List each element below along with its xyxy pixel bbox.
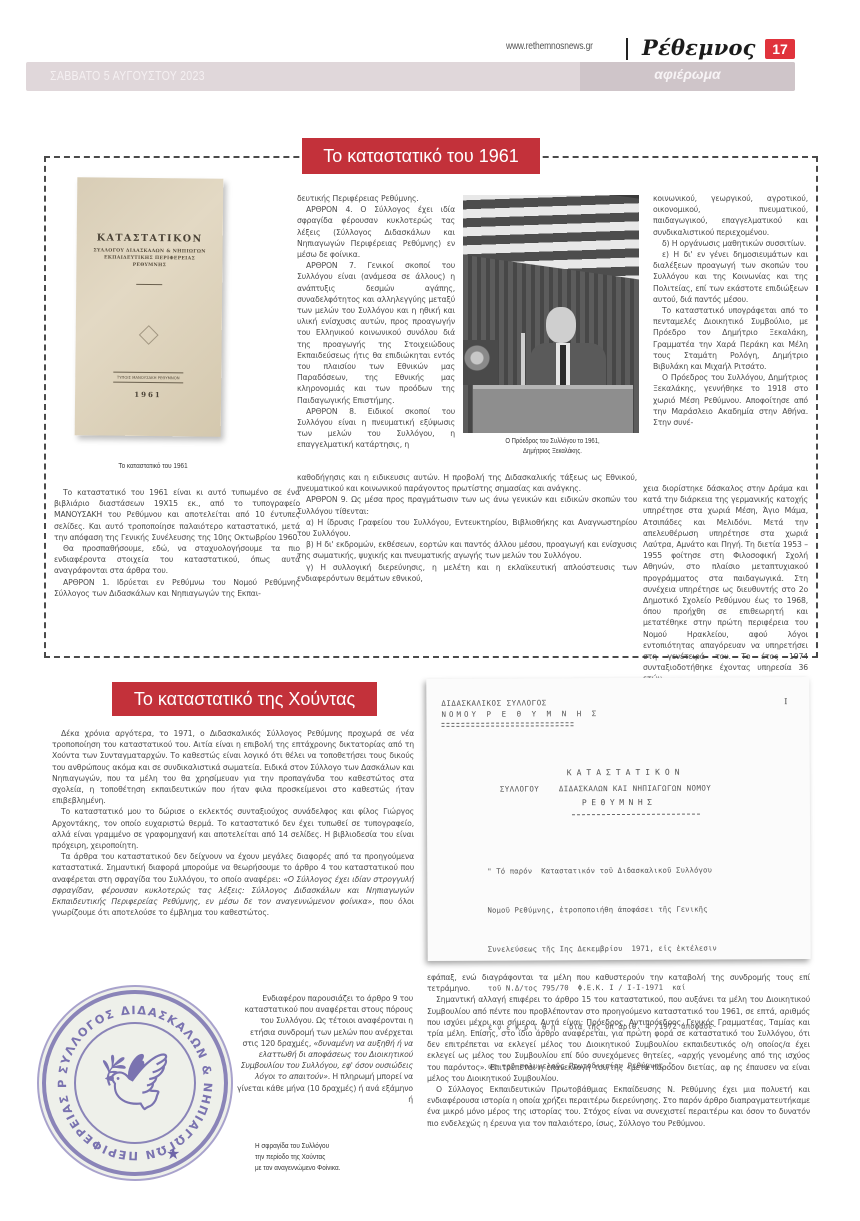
paragraph: β) Η δι' εκδρομών, εκθέσεων, εορτών και … bbox=[297, 539, 637, 561]
booklet-rule bbox=[113, 372, 183, 374]
booklet-caption: Το καταστατικό του 1961 bbox=[89, 461, 217, 470]
caption-line: με τον αναγεννώμενο Φοίνικα. bbox=[255, 1162, 340, 1173]
paragraph: ΑΡΘΡΟΝ 7. Γενικοί σκοποί του Συλλόγου εί… bbox=[297, 260, 455, 406]
podium bbox=[473, 385, 633, 433]
booklet-subtitle: ΣΥΛΛΟΓΟΥ ΔΙΔΑΣΚΑΛΩΝ & ΝΗΠΙΩΓΩΝ ΕΚΠΑΙΔΕΥΤ… bbox=[76, 247, 222, 270]
booklet-publisher: ΤΥΠΟΙΣ ΜΑΝΟΥΣΑΚΗ ΡΕΘΥΜΝΟΝ bbox=[75, 374, 221, 381]
column-junta-right: εφάπαξ, ενώ διαγράφονται τα μέλη που καθ… bbox=[427, 972, 810, 1129]
flowers bbox=[463, 340, 498, 385]
paragraph: ΑΡΘΡΟΝ 9. Ως μέσα προς πραγμάτωσιν των ω… bbox=[297, 494, 637, 516]
typed-rule bbox=[441, 722, 573, 724]
typed-line: Συνελεύσεως τῆς Ιης Δεκεμβρίου 1971, εἰς… bbox=[488, 941, 717, 955]
column-1961-middle-wide: καθοδήγησις και η ειδικευσις αυτών. Η πρ… bbox=[297, 472, 637, 584]
caption-line: Η σφραγίδα του Συλλόγου bbox=[255, 1140, 340, 1151]
booklet-subtitle-line: ΡΕΘΥΜΝΗΣ bbox=[76, 261, 222, 270]
star-icon: ★ bbox=[166, 1144, 180, 1163]
association-seal-image: ΣΥΛΛΟΓΟΣ ΔΙΔΑΣΚΑΛΩΝ & ΝΗΠΙΑΓΩΓΩΝ ΠΕΡΙΦΕΡ… bbox=[42, 990, 228, 1176]
typed-line: Νομοῦ Ρεθύμνης, ἐτροποποιήθη ἀποφάσει τῆ… bbox=[487, 902, 716, 916]
column-1961-right: κοινωνικού, γεωργικού, αγροτικού, οικονο… bbox=[653, 193, 808, 428]
paragraph: κοινωνικού, γεωργικού, αγροτικού, οικονο… bbox=[653, 193, 808, 238]
microphone-icon bbox=[521, 333, 525, 393]
typed-subtitle-2: ΡΕΘΥΜΝΗΣ bbox=[582, 798, 657, 807]
paragraph: Το καταστατικό μου το δώρισε ο εκλεκτός … bbox=[52, 806, 414, 851]
website-url[interactable]: www.rethemnosnews.gr bbox=[506, 41, 593, 52]
paragraph: Το καταστατικό του 1961 είναι κι αυτό τυ… bbox=[54, 487, 300, 543]
caption-line: Δημήτριος Ξεκαλάκης. bbox=[482, 447, 622, 457]
booklet-1961-image: ΚΑΤΑΣΤΑΤΙΚΟΝ ΣΥΛΛΟΓΟΥ ΔΙΔΑΣΚΑΛΩΝ & ΝΗΠΙΩ… bbox=[75, 177, 224, 437]
typed-statute-1971-image: ΔΙΔΑΣΚΑΛΙΚΟΣ ΣΥΛΛΟΓΟΣ ΝΟΜΟΥ Ρ Ε Θ Υ Μ Ν … bbox=[426, 677, 810, 961]
header-divider bbox=[626, 38, 628, 60]
booklet-rule bbox=[113, 382, 183, 384]
booklet-year: 1961 bbox=[75, 389, 221, 400]
paragraph: Ο Σύλλογος Εκπαιδευτικών Πρωτοβάθμιας Εκ… bbox=[427, 1084, 810, 1129]
page-number-badge: 17 bbox=[765, 39, 795, 59]
paragraph: Θα προσπαθήσουμε, εδώ, να σταχυολογήσουμ… bbox=[54, 543, 300, 577]
paragraph: ΑΡΘΡΟΝ 1. Ιδρύεται εν Ρεθύμνω του Νομού … bbox=[54, 577, 300, 599]
paragraph: ε) Η δι' εν γένει δημοσιευμάτων και διαλ… bbox=[653, 249, 808, 305]
paragraph: εφάπαξ, ενώ διαγράφονται τα μέλη που καθ… bbox=[427, 972, 810, 994]
president-photo-caption: Ο Πρόεδρος του Συλλόγου το 1961, Δημήτρι… bbox=[482, 437, 622, 457]
paragraph: Ο Πρόεδρος του Συλλόγου, Δημήτριος Ξεκαλ… bbox=[653, 372, 808, 428]
typed-header-line: ΝΟΜΟΥ Ρ Ε Θ Υ Μ Ν Η Σ bbox=[441, 709, 599, 719]
typed-subtitle: ΣΥΛΛΟΓΟΥ ΔΙΔΑΣΚΑΛΩΝ ΚΑΙ ΝΗΠΙΑΓΩΓΩΝ ΝΟΜΟΥ bbox=[500, 784, 711, 794]
paragraph: Δέκα χρόνια αργότερα, το 1971, ο Διδασκα… bbox=[52, 728, 414, 806]
speaker-tie bbox=[560, 345, 566, 385]
typed-rule bbox=[442, 725, 574, 727]
paragraph: α) Η ίδρυσις Γραφείου του Συλλόγου, Εντε… bbox=[297, 517, 637, 539]
typed-page-number: I bbox=[784, 697, 787, 706]
phoenix-icon: 🕊 bbox=[46, 994, 224, 1172]
booklet-ornament-line bbox=[136, 284, 162, 285]
column-junta-intro: Δέκα χρόνια αργότερα, το 1971, ο Διδασκα… bbox=[52, 728, 414, 918]
paragraph: δευτικής Περιφέρειας Ρεθύμνης. bbox=[297, 193, 455, 204]
column-1961-left: Το καταστατικό του 1961 είναι κι αυτό τυ… bbox=[54, 487, 300, 599]
issue-date: ΣΑΒΒΑΤΟ 5 ΑΥΓΟΥΣΤΟΥ 2023 bbox=[50, 68, 205, 83]
typed-header-line: ΔΙΔΑΣΚΑΛΙΚΟΣ ΣΥΛΛΟΓΟΣ bbox=[441, 698, 546, 708]
paragraph: δ) Η οργάνωσις μαθητικών συσσιτίων. bbox=[653, 238, 808, 249]
president-photo bbox=[463, 195, 639, 433]
seal-caption: Η σφραγίδα του Συλλόγου την περίοδο της … bbox=[255, 1140, 340, 1173]
caption-line: Ο Πρόεδρος του Συλλόγου το 1961, bbox=[482, 437, 622, 447]
paragraph: ΑΡΘΡΟΝ 8. Ειδικοί σκοποί του Συλλόγου εί… bbox=[297, 406, 455, 451]
booklet-title: ΚΑΤΑΣΤΑΤΙΚΟΝ bbox=[77, 232, 223, 245]
speaker-head bbox=[546, 307, 576, 343]
newspaper-logo: Ρέθεμνος bbox=[642, 35, 756, 60]
section-junta-title: Το καταστατικό της Χούντας bbox=[112, 682, 377, 716]
typed-title: ΚΑΤΑΣΤΑΤΙΚΟΝ bbox=[567, 768, 685, 778]
paragraph: χεια διορίστηκε δάσκαλος στην Δράμα και … bbox=[643, 483, 808, 685]
paragraph: γ) Η συλλογική διερεύνησις, η μελέτη και… bbox=[297, 562, 637, 584]
column-1961-right-wide: χεια διορίστηκε δάσκαλος στην Δράμα και … bbox=[643, 483, 808, 685]
paragraph: Σημαντική αλλαγή επιφέρει το άρθρο 15 το… bbox=[427, 994, 810, 1084]
paragraph: καθοδήγησις και η ειδικευσις αυτών. Η πρ… bbox=[297, 472, 637, 494]
column-1961-middle: δευτικής Περιφέρειας Ρεθύμνης. ΑΡΘΡΟΝ 4.… bbox=[297, 193, 455, 451]
paragraph: Ενδιαφέρον παρουσιάζει το άρθρο 9 του κα… bbox=[235, 993, 413, 1105]
section-1961-title: Το καταστατικό του 1961 bbox=[302, 138, 540, 174]
typed-rule bbox=[572, 814, 700, 816]
paragraph: Τα άρθρα του καταστατικού δεν δείχνουν ν… bbox=[52, 851, 414, 918]
section-label: αφιέρωμα bbox=[580, 66, 795, 82]
paragraph: Το καταστατικό υπογράφεται από το πενταμ… bbox=[653, 305, 808, 372]
paragraph: ΑΡΘΡΟΝ 4. Ο Σύλλογος έχει ιδία σφραγίδα … bbox=[297, 204, 455, 260]
caption-line: την περίοδο της Χούντας bbox=[255, 1151, 340, 1162]
typed-line: " Τό παρόν Καταστατικόν τοῦ Διδασκαλικοῦ… bbox=[487, 863, 716, 877]
ornament-icon bbox=[139, 325, 159, 345]
column-junta-art9: Ενδιαφέρον παρουσιάζει το άρθρο 9 του κα… bbox=[235, 993, 413, 1105]
